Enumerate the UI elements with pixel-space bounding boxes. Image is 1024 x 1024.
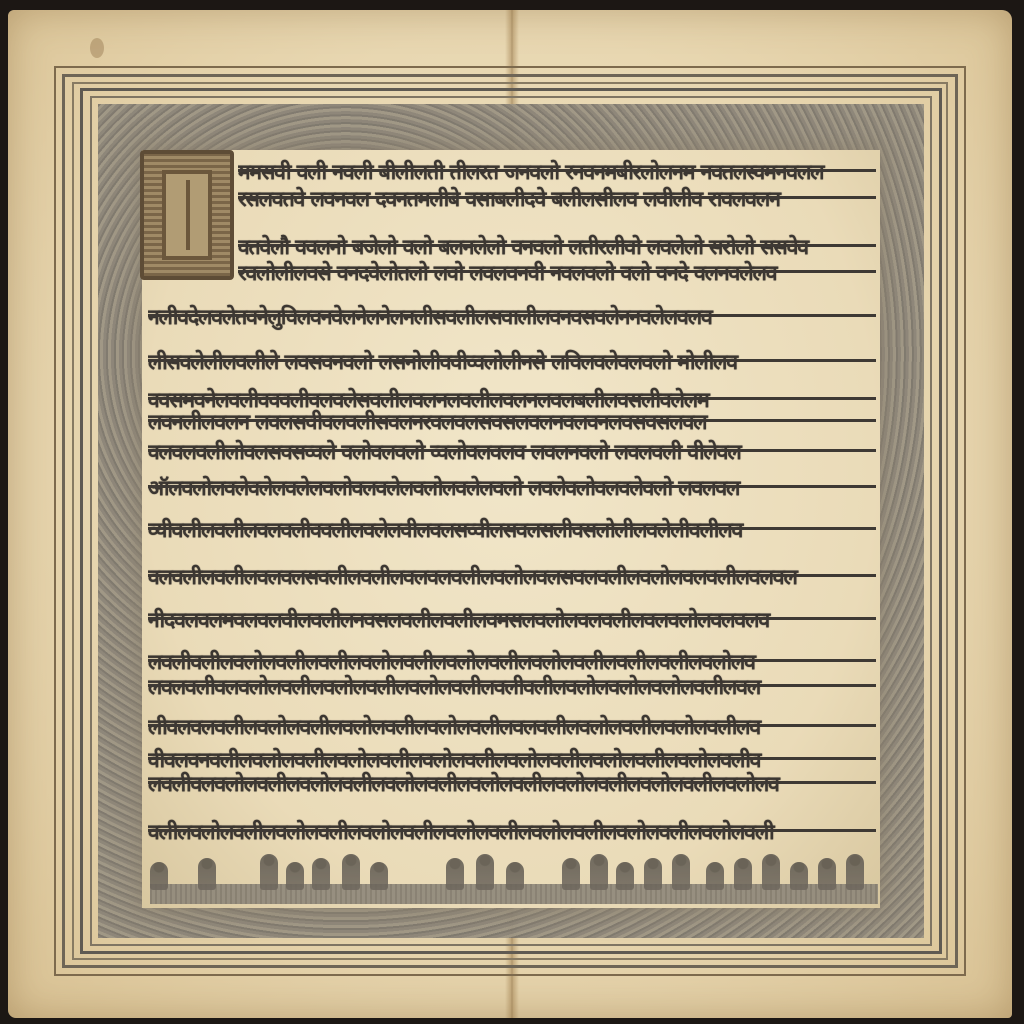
text-line: व्यीवलीलवलीलवलवलीववलीलवलेलवीलवलसव्वीलसवल… <box>148 516 876 546</box>
standing-figure <box>818 858 836 890</box>
standing-figure <box>790 862 808 890</box>
decorated-initial-box: ध <box>140 150 234 280</box>
text-line: ममसवी वली नवली बीलीलती तीलरत जनवलो रनवनम… <box>238 158 876 188</box>
initial-letter-glyph <box>162 170 212 260</box>
text-line: ऑलवलोलवलेवलेलवलेलवलोवलवलेलवलोलवलेलवलो लव… <box>148 474 876 504</box>
text-line: वलवलवलीलोवलसवसव्वले वलोवलवलो व्वलोवलवलव … <box>148 438 876 468</box>
standing-figure <box>562 858 580 890</box>
text-line: नीदवलवलमवलवलवीलवलीलनवसलवलीलवलीलवमसलवलोलव… <box>148 606 876 636</box>
standing-figure <box>476 854 494 890</box>
standing-figure <box>286 862 304 890</box>
standing-figure <box>644 858 662 890</box>
standing-figure <box>762 854 780 890</box>
text-line: वलवलीलवलीलवलवलसवलीलवलीलवलवलवलीलवलोलवलसवल… <box>148 563 876 593</box>
text-line: लीवलवलवलीलवलोलवलीलवलोलवलीलवलोलवलीलवलवलील… <box>148 713 876 743</box>
standing-figure <box>370 862 388 890</box>
text-line: लीसवलेलीलवलीले लवसवनवलो लसनोलीववीव्वलोली… <box>148 348 876 378</box>
text-line: लवलवलीवलवलोलवलीलवलोलवलीलवलोलवलीलवलीवलीलव… <box>148 673 876 703</box>
standing-figure <box>590 854 608 890</box>
standing-figure <box>506 862 524 890</box>
text-line: वलीलवलोलवलीलवलोलवलीलवलोलवलीलवलोलवलीलवलोल… <box>148 818 876 848</box>
text-line: नलीवदेलवलेतवनेलुविलवनवेलनेलनेलनलीसवलीलसव… <box>148 303 876 333</box>
standing-figure <box>706 862 724 890</box>
paper-stain <box>90 38 104 58</box>
standing-figure <box>672 854 690 890</box>
standing-figure <box>150 862 168 890</box>
standing-figure <box>312 858 330 890</box>
standing-figure <box>446 858 464 890</box>
standing-figure <box>846 854 864 890</box>
standing-figure <box>198 858 216 890</box>
standing-figure <box>616 862 634 890</box>
figure-illustration-strip <box>150 852 878 904</box>
text-line: लवलीवलवलोलवलीलवलोलवलीलवलोलवलीलवलोलवलीलवल… <box>148 770 876 800</box>
standing-figure <box>734 858 752 890</box>
initial-letter: ध <box>144 154 145 155</box>
text-line: लवनलीलवलन लवलसवीवलवलीसवलनरवलवलसवसलवलनवलव… <box>148 408 876 438</box>
text-line: रवलोलीलवसे वनदवेलोतलो लवो लवलवनवी नवलवलो… <box>238 259 876 289</box>
text-line: रसलवतवे लवनवल दवनतमलीबे वसाबलीदवे बलीलसी… <box>238 185 876 215</box>
standing-figure <box>260 854 278 890</box>
standing-figure <box>342 854 360 890</box>
